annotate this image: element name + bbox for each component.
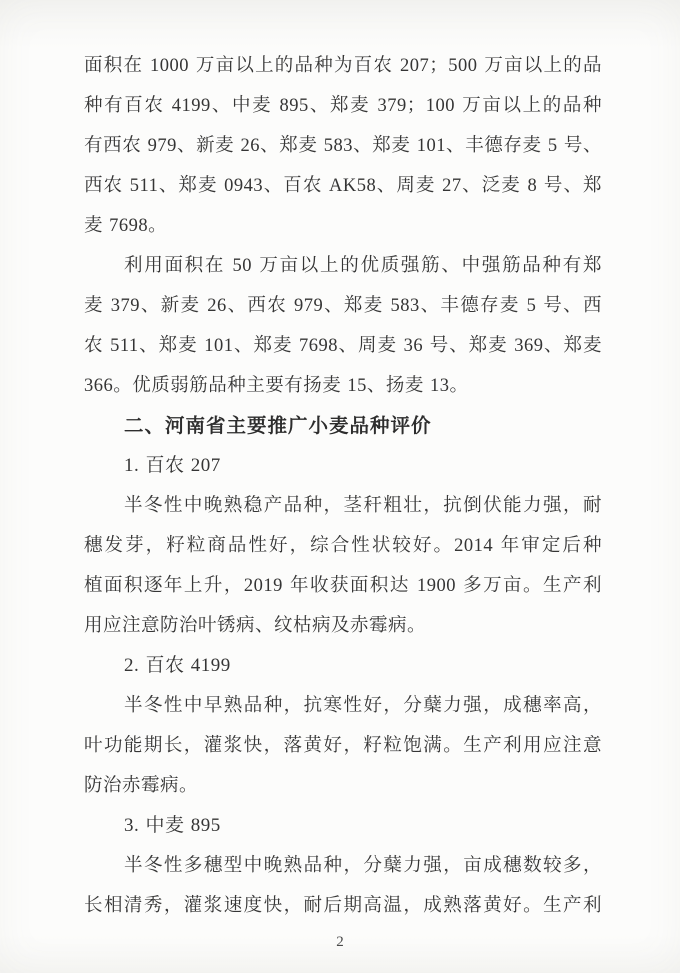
text-line: 西农 511、郑麦 0943、百农 AK58、周麦 27、泛麦 8 号、郑 [84, 166, 602, 206]
text-line: 366。优质弱筋品种主要有扬麦 15、扬麦 13。 [84, 366, 602, 406]
text-line: 半冬性中早熟品种，抗寒性好，分蘖力强，成穗率高， [84, 686, 602, 726]
text-line: 麦 7698。 [84, 206, 602, 246]
text-line: 农 511、郑麦 101、郑麦 7698、周麦 36 号、郑麦 369、郑麦 [84, 326, 602, 366]
text-line: 用应注意防治叶锈病、纹枯病及赤霉病。 [84, 606, 602, 646]
section-heading: 二、河南省主要推广小麦品种评价 [84, 406, 602, 446]
text-line: 半冬性中晚熟稳产品种，茎秆粗壮，抗倒伏能力强，耐 [84, 486, 602, 526]
text-line: 穗发芽，籽粒商品性好，综合性状较好。2014 年审定后种 [84, 526, 602, 566]
text-line: 麦 379、新麦 26、西农 979、郑麦 583、丰德存麦 5 号、西 [84, 286, 602, 326]
text-line: 植面积逐年上升，2019 年收获面积达 1900 多万亩。生产利 [84, 566, 602, 606]
page-number: 2 [0, 932, 680, 952]
text-line: 种有百农 4199、中麦 895、郑麦 379；100 万亩以上的品种 [84, 86, 602, 126]
variety-title: 3. 中麦 895 [84, 806, 602, 846]
text-line: 有西农 979、新麦 26、郑麦 583、郑麦 101、丰德存麦 5 号、 [84, 126, 602, 166]
text-line: 防治赤霉病。 [84, 766, 602, 806]
variety-title: 1. 百农 207 [84, 446, 602, 486]
document-content: 面积在 1000 万亩以上的品种为百农 207；500 万亩以上的品种有百农 4… [0, 0, 680, 926]
document-page: 面积在 1000 万亩以上的品种为百农 207；500 万亩以上的品种有百农 4… [0, 0, 680, 973]
text-line: 利用面积在 50 万亩以上的优质强筋、中强筋品种有郑 [84, 246, 602, 286]
text-line: 叶功能期长，灌浆快，落黄好，籽粒饱满。生产利用应注意 [84, 726, 602, 766]
text-line: 长相清秀，灌浆速度快，耐后期高温，成熟落黄好。生产利 [84, 886, 602, 926]
text-line: 半冬性多穗型中晚熟品种，分蘖力强，亩成穗数较多， [84, 846, 602, 886]
text-line: 面积在 1000 万亩以上的品种为百农 207；500 万亩以上的品 [84, 46, 602, 86]
variety-title: 2. 百农 4199 [84, 646, 602, 686]
